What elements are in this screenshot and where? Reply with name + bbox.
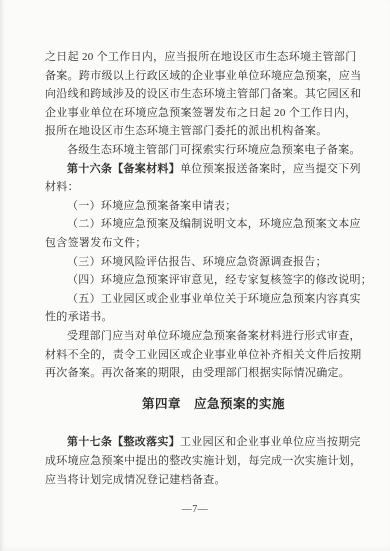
article-17-line: 第十七条【整改落实】工业园区和企业事业单位应当按期完 [45, 433, 360, 452]
text-line: 成环境应急预案中提出的整改实施计划，每完成一次实施计划， [45, 452, 360, 471]
text-line: 向沿线和跨域涉及的设区市生态环境主管部门备案。其它园区和 [45, 85, 360, 104]
list-item-5: （五）工业园区或企业事业单位关于环境应急预案内容真实 [45, 290, 360, 309]
list-item-1: （一）环境应急预案备案申请表； [45, 197, 360, 216]
list-item-3: （三）环境风险评估报告、环境应急资源调查报告； [45, 253, 360, 272]
text-line: 性的承诺书。 [45, 308, 360, 327]
text-line: 材料： [45, 178, 360, 197]
text-line: 材料不全的，责令工业园区或企业事业单位补齐相关文件后按期 [45, 346, 360, 365]
text-line: 备案。跨市级以上行政区域的企业事业单位环境应急预案，应当 [45, 67, 360, 86]
article-16-label: 第十六条【备案材料】 [67, 163, 180, 175]
text-line: 应当将计划完成情况登记建档备查。 [45, 471, 360, 490]
text-line: 报所在地设区市生态环境主管部门委托的派出机构备案。 [45, 122, 360, 141]
article-17-label: 第十七条【整改落实】 [67, 436, 180, 448]
document-body-upper: 之日起 20 个工作日内，应当报所在地设区市生态环境主管部门 备案。跨市级以上行… [45, 48, 360, 383]
text-line: 受理部门应当对单位环境应急预案备案材料进行形式审查， [45, 327, 360, 346]
text-line: 之日起 20 个工作日内，应当报所在地设区市生态环境主管部门 [45, 48, 360, 67]
text-line: 企业事业单位在环境应急预案签署发布之日起 20 个工作日内， [45, 104, 360, 123]
list-item-4: （四）环境应急预案评审意见，经专家复核签字的修改说明； [45, 271, 360, 290]
article-17-text: 工业园区和企业事业单位应当按期完 [180, 436, 361, 448]
chapter-heading: 第四章 应急预案的实施 [45, 394, 360, 412]
text-line: 各级生态环境主管部门可探索实行环境应急预案电子备案。 [45, 141, 360, 160]
page-number-footer: —7— [0, 504, 390, 515]
list-item-2: （二）环境应急预案及编制说明文本，环境应急预案文本应 [45, 215, 360, 234]
article-16-text: 单位预案报送备案时，应当提交下列 [180, 163, 361, 175]
article-16-line: 第十六条【备案材料】单位预案报送备案时，应当提交下列 [45, 160, 360, 179]
text-line: 再次备案。再次备案的期限，由受理部门根据实际情况确定。 [45, 364, 360, 383]
document-page: 之日起 20 个工作日内，应当报所在地设区市生态环境主管部门 备案。跨市级以上行… [0, 0, 390, 551]
document-body-lower: 第十七条【整改落实】工业园区和企业事业单位应当按期完 成环境应急预案中提出的整改… [45, 433, 360, 489]
text-line: 包含签署发布文件； [45, 234, 360, 253]
